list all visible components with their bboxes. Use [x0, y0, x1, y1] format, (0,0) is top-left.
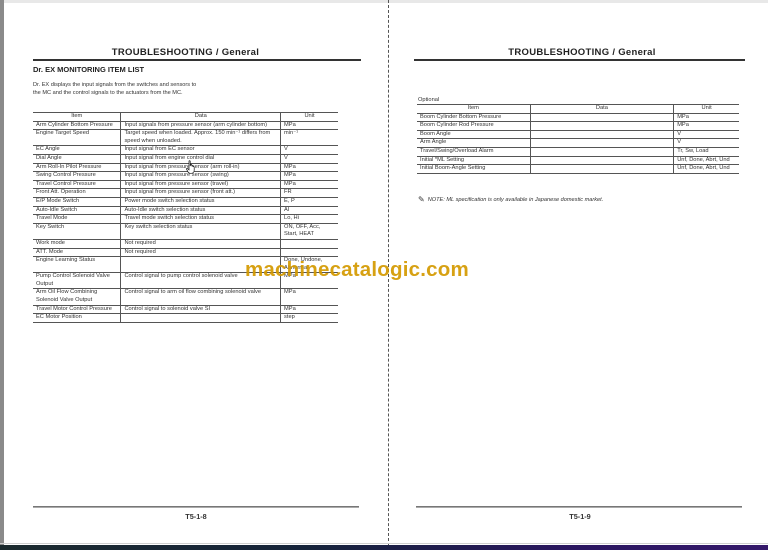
column-header-unit: Unit	[674, 105, 739, 114]
cell-item: Front Att. Operation	[33, 189, 121, 198]
column-header-data: Data	[530, 105, 674, 114]
cell-data: Not required	[121, 239, 281, 248]
cell-data: Control signal to solenoid valve SI	[121, 305, 281, 314]
cell-data: Input signal from pressure sensor (front…	[121, 189, 281, 198]
page-number: T5-1-8	[33, 512, 359, 521]
cell-data	[530, 130, 674, 139]
column-header-unit: Unit	[281, 113, 338, 122]
cell-data: Not required	[121, 248, 281, 257]
watermark: machinecatalogic.com	[245, 258, 469, 282]
column-header-data: Data	[121, 113, 281, 122]
cell-data	[121, 314, 281, 323]
cell-unit: MPa	[674, 122, 739, 131]
table-row: E/P Mode SwitchPower mode switch selecti…	[33, 197, 338, 206]
page-number: T5-1-9	[417, 512, 743, 521]
page-header-title: TROUBLESHOOTING / General	[417, 47, 747, 58]
cell-data: Control signal to arm oil flow combining…	[121, 289, 281, 305]
cell-item: Arm Oil Flow Combining Solenoid Valve Ou…	[33, 289, 121, 305]
cell-unit: V	[674, 139, 739, 148]
cell-unit: ON, OFF, Acc, Start, HEAT	[281, 223, 338, 239]
column-header-item: Item	[417, 105, 530, 114]
table-row: Arm Oil Flow Combining Solenoid Valve Ou…	[33, 289, 338, 305]
cell-data	[530, 156, 674, 165]
cell-item: Travel Mode	[33, 215, 121, 224]
cell-item: Travel Motor Control Pressure	[33, 305, 121, 314]
page-header-title: TROUBLESHOOTING / General	[23, 47, 348, 58]
table-row: Arm Cylinder Bottom PressureInput signal…	[33, 121, 338, 130]
taskbar	[0, 545, 768, 550]
cell-item: Engine Learning Status	[33, 257, 121, 273]
cell-unit: V	[281, 146, 338, 155]
viewer-scrollbar-left[interactable]	[0, 0, 4, 546]
table-row: Key SwitchKey switch selection statusON,…	[33, 223, 338, 239]
cell-item: Boom Angle	[417, 130, 530, 139]
cell-unit: min⁻¹	[281, 130, 338, 146]
table-row: Auto-Idle SwitchAuto-Idle switch selecti…	[33, 206, 338, 215]
cell-data	[530, 147, 674, 156]
cell-item: Work mode	[33, 239, 121, 248]
cell-unit: MPa	[281, 289, 338, 305]
cell-item: Travel Control Pressure	[33, 180, 121, 189]
cell-item: EC Motor Position	[33, 314, 121, 323]
cell-item: Boom Cylinder Bottom Pressure	[417, 113, 530, 122]
cell-data	[530, 122, 674, 131]
footer-rule	[416, 506, 742, 508]
footer-rule	[33, 506, 359, 508]
cell-unit: V	[674, 130, 739, 139]
cell-item: Boom Cylinder Rod Pressure	[417, 122, 530, 131]
cell-unit: FR	[281, 189, 338, 198]
viewer-top-edge	[0, 0, 768, 3]
cell-data: Input signal from engine control dial	[121, 154, 281, 163]
cell-item: Auto-Idle Switch	[33, 206, 121, 215]
cell-item: Arm Angle	[417, 139, 530, 148]
table-row: Travel/Swing/Overload AlarmTr, Sw, Load	[417, 147, 739, 156]
column-header-item: Item	[33, 113, 121, 122]
cell-data: Travel mode switch selection status	[121, 215, 281, 224]
note: ✎NOTE: ML specification is only availabl…	[418, 195, 603, 204]
table-row: Boom AngleV	[417, 130, 739, 139]
section-title: Dr. EX MONITORING ITEM LIST	[33, 65, 144, 74]
cell-data: Power mode switch selection status	[121, 197, 281, 206]
cell-unit: MPa	[674, 113, 739, 122]
cell-data	[530, 139, 674, 148]
cell-unit: E, P	[281, 197, 338, 206]
cell-data: Auto-Idle switch selection status	[121, 206, 281, 215]
table-row: Initial Boom-Angle SettingUnf, Done, Abr…	[417, 165, 739, 174]
note-text: NOTE: ML specification is only available…	[428, 197, 604, 203]
cell-item: Arm Roll-In Pilot Pressure	[33, 163, 121, 172]
optional-item-table: Item Data Unit Boom Cylinder Bottom Pres…	[417, 104, 739, 174]
cell-data: Input signals from pressure sensor (arm …	[121, 121, 281, 130]
table-header-row: Item Data Unit	[417, 105, 739, 114]
table-row: Initial *ML SettingUnf, Done, Abrt, Und	[417, 156, 739, 165]
table-header-row: Item Data Unit	[33, 113, 338, 122]
cell-item: Initial Boom-Angle Setting	[417, 165, 530, 174]
cell-item: Arm Cylinder Bottom Pressure	[33, 121, 121, 130]
table-row: Boom Cylinder Bottom PressureMPa	[417, 113, 739, 122]
cell-item: Initial *ML Setting	[417, 156, 530, 165]
cell-data: Input signal from EC sensor	[121, 146, 281, 155]
pencil-note-icon: ✎	[418, 195, 425, 204]
monitoring-item-table: Item Data Unit Arm Cylinder Bottom Press…	[33, 112, 338, 323]
cell-item: E/P Mode Switch	[33, 197, 121, 206]
cell-data: Input signal from pressure sensor (arm r…	[121, 163, 281, 172]
cell-data: Input signal from pressure sensor (trave…	[121, 180, 281, 189]
cell-item: EC Angle	[33, 146, 121, 155]
cell-unit	[281, 248, 338, 257]
table-row: Travel Motor Control PressureControl sig…	[33, 305, 338, 314]
cell-item: ATT. Mode	[33, 248, 121, 257]
cell-unit: Lo, Hi	[281, 215, 338, 224]
cell-data	[530, 165, 674, 174]
cell-item: Key Switch	[33, 223, 121, 239]
intro-paragraph: Dr. EX displays the input signals from t…	[33, 81, 203, 97]
cell-unit: MPa	[281, 180, 338, 189]
cell-unit: step	[281, 314, 338, 323]
cell-data: Target speed when loaded. Approx. 150 mi…	[121, 130, 281, 146]
table-row: Work modeNot required	[33, 239, 338, 248]
table-row: Front Att. OperationInput signal from pr…	[33, 189, 338, 198]
table-row: Travel ModeTravel mode switch selection …	[33, 215, 338, 224]
cell-unit: MPa	[281, 121, 338, 130]
table-row: EC Motor Positionstep	[33, 314, 338, 323]
cell-data: Input signal from pressure sensor (swing…	[121, 172, 281, 181]
cell-unit: MPa	[281, 305, 338, 314]
table-row: Engine Target SpeedTarget speed when loa…	[33, 130, 338, 146]
table-row: Travel Control PressureInput signal from…	[33, 180, 338, 189]
optional-label: Optional	[418, 97, 439, 103]
cell-item: Dial Angle	[33, 154, 121, 163]
cell-item: Travel/Swing/Overload Alarm	[417, 147, 530, 156]
cell-unit: MPa	[281, 172, 338, 181]
header-rule	[414, 59, 745, 61]
cell-unit: V	[281, 154, 338, 163]
cell-unit: Tr, Sw, Load	[674, 147, 739, 156]
table-row: Arm AngleV	[417, 139, 739, 148]
table-row: EC AngleInput signal from EC sensorV	[33, 146, 338, 155]
cell-item: Engine Target Speed	[33, 130, 121, 146]
hand-pointer-icon	[186, 160, 196, 174]
cell-unit: Unf, Done, Abrt, Und	[674, 156, 739, 165]
cell-unit: MPa	[281, 163, 338, 172]
table-row: ATT. ModeNot required	[33, 248, 338, 257]
table-row: Boom Cylinder Rod PressureMPa	[417, 122, 739, 131]
cell-item: Swing Control Pressure	[33, 172, 121, 181]
cell-unit: Unf, Done, Abrt, Und	[674, 165, 739, 174]
cell-unit: AI	[281, 206, 338, 215]
cell-data: Key switch selection status	[121, 223, 281, 239]
cell-unit	[281, 239, 338, 248]
cell-item: Pump Control Solenoid Valve Output	[33, 273, 121, 289]
cell-data	[530, 113, 674, 122]
header-rule	[33, 59, 361, 61]
viewer-bottom-edge	[0, 543, 768, 544]
